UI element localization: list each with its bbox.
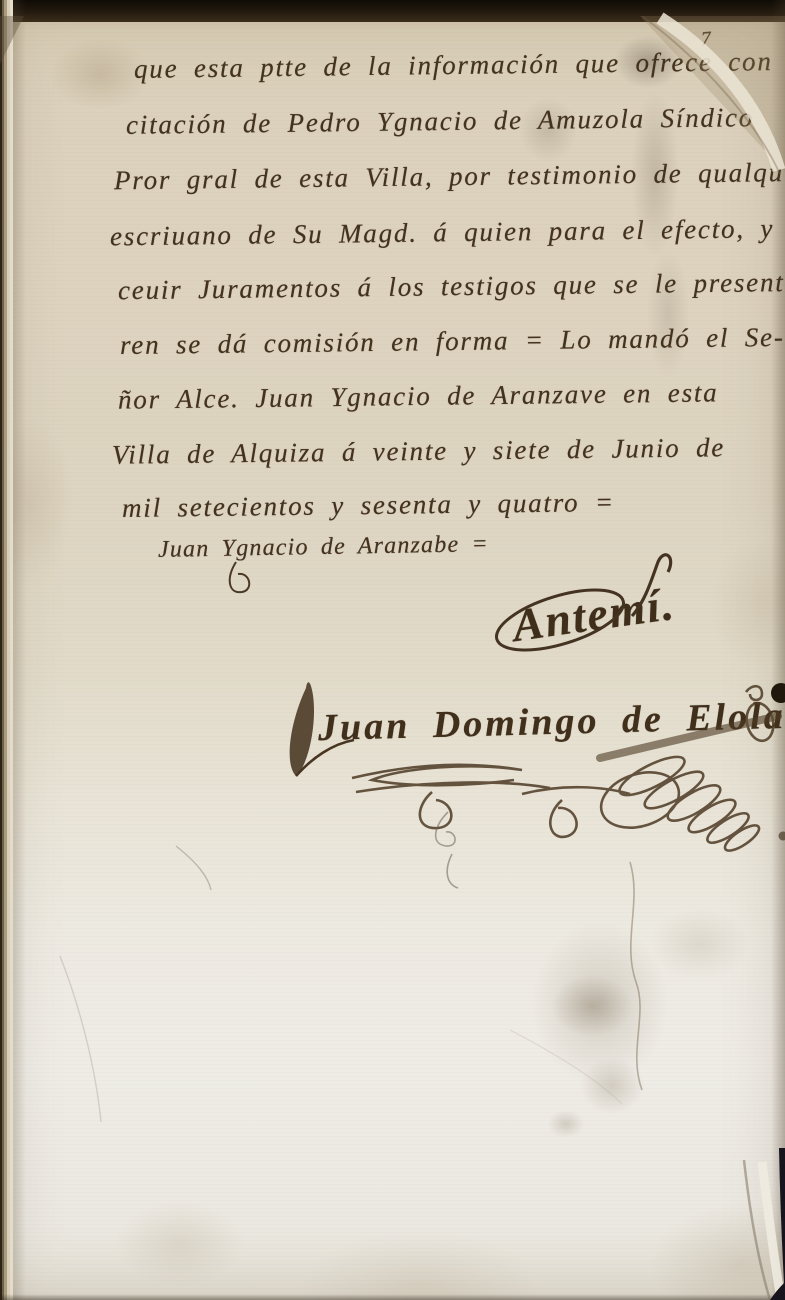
corner-nick-top-left [0,16,24,64]
ink-blob [771,683,785,703]
corner-curl-bottom-right [744,1148,785,1300]
closing-rubric-loop [230,562,249,592]
ink-blob-small [779,832,785,841]
corner-fold-top-right [640,16,785,174]
signature-initial-flourish [290,682,354,776]
manuscript-scan: 7 que esta ptte de la información que of… [0,0,785,1300]
attestation-flourish [490,555,671,662]
signature-rubric-flourish [352,686,778,855]
paper-creases [60,846,622,1122]
stain-crack-line [630,862,642,1090]
ink-flourishes-overlay [0,0,785,1300]
